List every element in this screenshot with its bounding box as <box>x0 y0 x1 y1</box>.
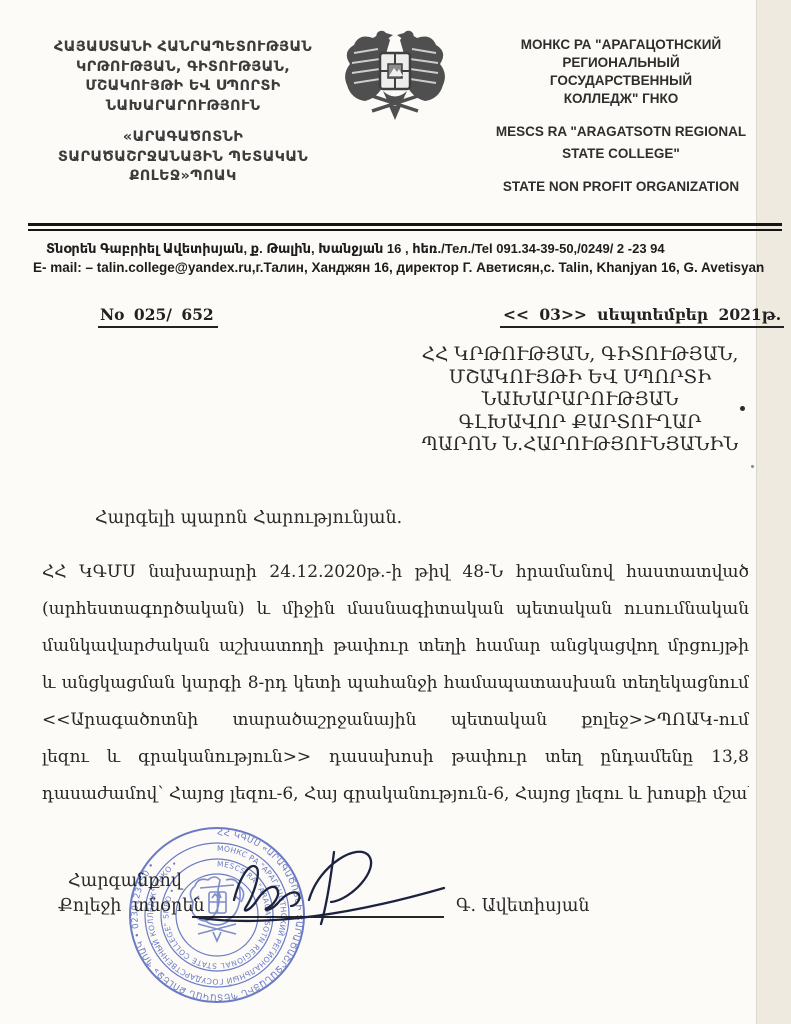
college-name-hy-line: ՏԱՐԱԾԱՇՐՋԱՆԱՅԻՆ ՊԵՏԱԿԱՆ <box>30 148 336 168</box>
header-right-block: МОНКС РА "АРАГАЦОТНСКИЙ РЕГИОНАЛЬНЫЙ ГОС… <box>468 36 774 196</box>
addressee-line: ՆԱԽԱՐԱՐՈՒԹՅԱՆ <box>382 389 778 412</box>
signature-autograph <box>188 834 458 929</box>
org-type-en: STATE NON PROFIT ORGANIZATION <box>468 178 774 196</box>
body-line: <<Արագածոտնի տարածաշրջանային պետական քոլ… <box>42 702 749 739</box>
college-name-hy-line: ՔՈԼԵՋ»ՊՈԱԿ <box>30 167 336 187</box>
addressee-block: ՀՀ ԿՐԹՈՒԹՅԱՆ, ԳԻՏՈՒԹՅԱՆ, ՄՇԱԿՈՒՅԹԻ ԵՎ ՍՊ… <box>382 344 778 457</box>
reference-number: No 025/ 652 <box>98 305 218 328</box>
reference-date: << 03>> սեպտեմբեր 2021թ. <box>500 305 784 328</box>
addressee-line: ԳԼԽԱՎՈՐ ՔԱՐՏՈՒՂԱՐ <box>382 412 778 435</box>
org-name-ru-line: КОЛЛЕДЖ" ГНКО <box>468 90 774 108</box>
ministry-name-hy-line: ՄՇԱԿՈՒՅԹԻ ԵՎ ՍՊՈՐՏԻ <box>30 77 336 97</box>
ministry-name-hy-line: ՆԱԽԱՐԱՐՈՒԹՅՈՒՆ <box>30 97 336 117</box>
body-line: ՀՀ ԿԳՄՍ նախարարի 24.12.2020թ.-ի թիվ 48-Ն… <box>42 554 749 591</box>
body-paragraph: ՀՀ ԿԳՄՍ նախարարի 24.12.2020թ.-ի թիվ 48-Ն… <box>42 554 749 813</box>
college-name-hy-line: «ԱՐԱԳԱԾՈՏՆԻ <box>30 128 336 148</box>
org-name-ru-line: РЕГИОНАЛЬНЫЙ <box>468 54 774 72</box>
ministry-name-hy-line: ԿՐԹՈՒԹՅԱՆ, ԳԻՏՈՒԹՅԱՆ, <box>30 58 336 78</box>
body-line: և անցկացման կարգի 8-րդ կետի պահանջի համա… <box>42 665 749 702</box>
org-name-ru-line: МОНКС РА "АРАГАЦОТНСКИЙ <box>468 36 774 54</box>
signer-name: Գ. Ավետիսյան <box>456 896 590 916</box>
body-line: լեզու և գրականություն>> դասախոսի թափուր … <box>42 739 749 776</box>
armenia-coat-of-arms-icon <box>334 28 456 134</box>
contact-line-email-address: E- mail: – talin.college@yandex.ru,г.Тал… <box>33 260 764 275</box>
scanned-letter-page: ՀԱՅԱՍՏԱՆԻ ՀԱՆՐԱՊԵՏՈՒԹՅԱՆ ԿՐԹՈՒԹՅԱՆ, ԳԻՏՈ… <box>0 0 791 1024</box>
college-name-hy: «ԱՐԱԳԱԾՈՏՆԻ ՏԱՐԱԾԱՇՐՋԱՆԱՅԻՆ ՊԵՏԱԿԱՆ ՔՈԼԵ… <box>30 128 336 187</box>
ministry-name-hy-line: ՀԱՅԱՍՏԱՆԻ ՀԱՆՐԱՊԵՏՈՒԹՅԱՆ <box>30 38 336 58</box>
ministry-name-hy: ՀԱՅԱՍՏԱՆԻ ՀԱՆՐԱՊԵՏՈՒԹՅԱՆ ԿՐԹՈՒԹՅԱՆ, ԳԻՏՈ… <box>30 38 336 116</box>
org-name-ru: МОНКС РА "АРАГАЦОТНСКИЙ РЕГИОНАЛЬНЫЙ ГОС… <box>468 36 774 108</box>
closing-org: Քոլեջի <box>58 896 121 916</box>
ink-speck-artifact <box>740 406 745 411</box>
org-name-en: MESCS RA "ARAGATSOTN REGIONAL STATE COLL… <box>468 121 774 165</box>
header-divider-rule <box>28 223 782 231</box>
org-name-en-line: MESCS RA "ARAGATSOTN REGIONAL <box>468 121 774 143</box>
contact-line-director-phone: Տնօրեն Գաբրիել Ավետիսյան, ք. Թալին, Խանջ… <box>46 241 665 257</box>
header-left-block: ՀԱՅԱՍՏԱՆԻ ՀԱՆՐԱՊԵՏՈՒԹՅԱՆ ԿՐԹՈՒԹՅԱՆ, ԳԻՏՈ… <box>30 38 336 187</box>
body-line: (արհեստագործական) և միջին մասնագիտական պ… <box>42 591 749 628</box>
body-line: դասաժամով՝ Հայոց լեզու-6, Հայ գրականությ… <box>42 776 749 813</box>
ink-speck-artifact <box>751 465 754 468</box>
body-line: մանկավարժական աշխատողի թափուր տեղի համար… <box>42 628 749 665</box>
org-name-en-line: STATE COLLEGE" <box>468 143 774 165</box>
addressee-line: ՀՀ ԿՐԹՈՒԹՅԱՆ, ԳԻՏՈՒԹՅԱՆ, <box>382 344 778 367</box>
salutation: Հարգելի պարոն Հարությունյան. <box>95 508 402 528</box>
addressee-line: ՊԱՐՈՆ Ն.ՀԱՐՈՒԹՅՈՒՆՅԱՆԻՆ <box>382 434 778 457</box>
org-name-ru-line: ГОСУДАРСТВЕННЫЙ <box>468 72 774 90</box>
addressee-line: ՄՇԱԿՈՒՅԹԻ ԵՎ ՍՊՈՐՏԻ <box>382 367 778 390</box>
